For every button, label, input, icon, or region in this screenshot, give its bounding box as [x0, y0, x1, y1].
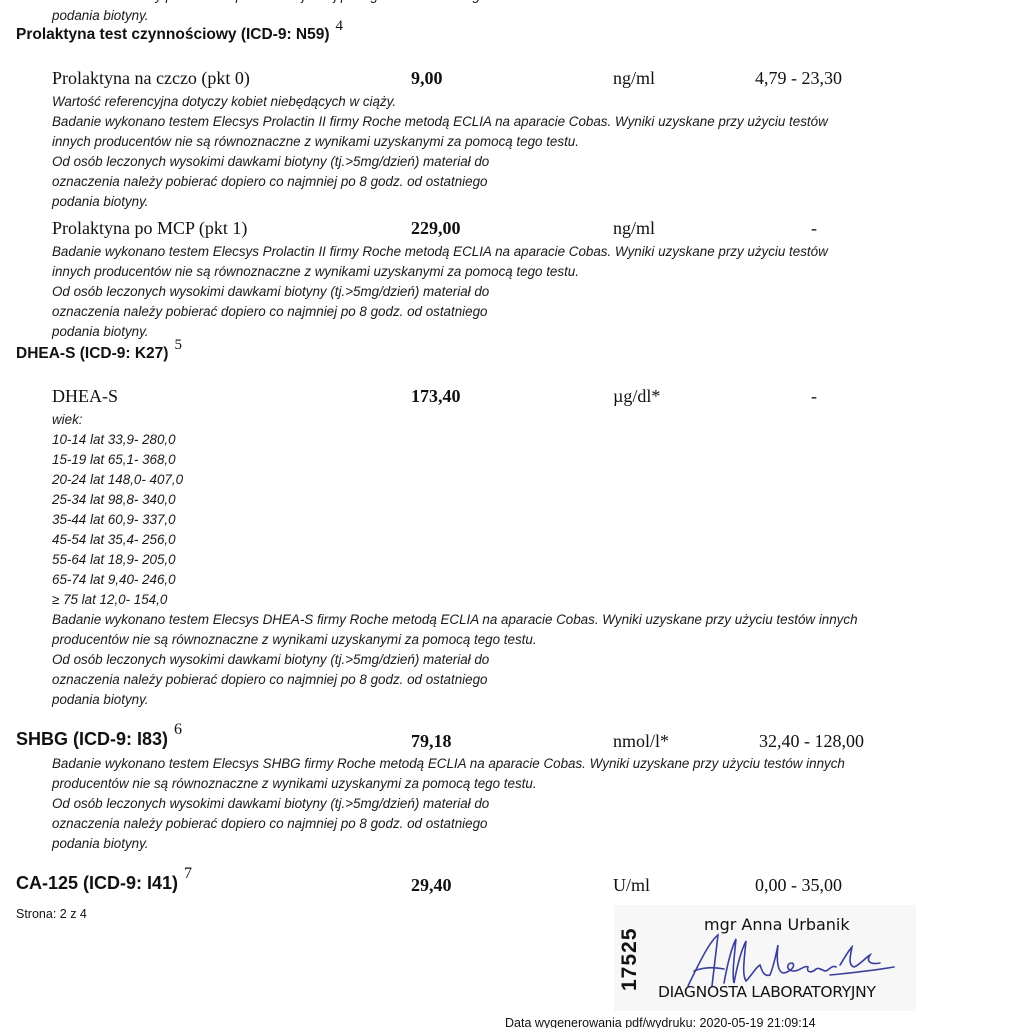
test-value: 29,40 [411, 875, 452, 896]
note-line: 20-24 lat 148,0- 407,0 [52, 470, 858, 490]
test-range: - [811, 218, 817, 239]
result-row-prolaktyna-mcp: Prolaktyna po MCP (pkt 1) 229,00 ng/ml - [0, 218, 1033, 240]
test-unit: nmol/l* [613, 731, 669, 752]
section-title-text: DHEA-S (ICD-9: K27) [16, 345, 168, 362]
notes-shbg: Badanie wykonano testem Elecsys SHBG fir… [52, 754, 845, 854]
note-line: podania biotyny. [52, 6, 488, 26]
section-title-text: SHBG (ICD-9: I83) [16, 729, 168, 749]
note-line: ≥ 75 lat 12,0- 154,0 [52, 590, 858, 610]
note-line: podania biotyny. [52, 834, 845, 854]
generated-date: Data wygenerowania pdf/wydruku: 2020-05-… [505, 1016, 816, 1028]
test-name: Prolaktyna po MCP (pkt 1) [52, 218, 247, 239]
lab-stamp: 17525 mgr Anna Urbanik DIAGNOSTA LABORAT… [614, 905, 916, 1011]
note-line: 45-54 lat 35,4- 256,0 [52, 530, 858, 550]
note-line: podania biotyny. [52, 322, 828, 342]
note-line: Od osób leczonych wysokimi dawkami bioty… [52, 152, 828, 172]
note-line: Badanie wykonano testem Elecsys Prolacti… [52, 112, 828, 132]
note-line: 65-74 lat 9,40- 246,0 [52, 570, 858, 590]
result-row-ca-125: CA-125 (ICD-9: I41)7 29,40 U/ml 0,00 - 3… [0, 870, 1033, 896]
test-value: 173,40 [411, 386, 461, 407]
note-line: Od osób leczonych wysokimi dawkami bioty… [52, 794, 845, 814]
note-line: 25-34 lat 98,8- 340,0 [52, 490, 858, 510]
note-line: oznaczenia należy pobierać dopiero co na… [52, 670, 858, 690]
note-line: producentów nie są równoznaczne z wynika… [52, 774, 845, 794]
result-row-prolaktyna-czczo: Prolaktyna na czczo (pkt 0) 9,00 ng/ml 4… [0, 68, 1033, 90]
note-line: oznaczenia należy pobierać dopiero co na… [52, 302, 828, 322]
note-line: podania biotyny. [52, 192, 828, 212]
test-unit: µg/dl* [613, 386, 660, 407]
section-title-prolaktyna: Prolaktyna test czynnościowy (ICD-9: N59… [16, 26, 343, 44]
stamp-id-number: 17525 [618, 928, 642, 991]
note-line: 10-14 lat 33,9- 280,0 [52, 430, 858, 450]
notes-prolaktyna-mcp: Badanie wykonano testem Elecsys Prolacti… [52, 242, 828, 342]
note-line: wiek: [52, 410, 858, 430]
section-title-text: CA-125 (ICD-9: I41) [16, 873, 178, 893]
notes-prolaktyna-czczo: Wartość referencyjna dotyczy kobiet nieb… [52, 92, 828, 212]
test-unit: ng/ml [613, 68, 655, 89]
test-range: - [811, 386, 817, 407]
note-line: Badanie wykonano testem Elecsys DHEA-S f… [52, 610, 858, 630]
note-line: Wartość referencyjna dotyczy kobiet nieb… [52, 92, 828, 112]
test-value: 229,00 [411, 218, 461, 239]
note-line: Od osób leczonych wysokimi dawkami bioty… [52, 650, 858, 670]
note-line: 15-19 lat 65,1- 368,0 [52, 450, 858, 470]
test-name: Prolaktyna na czczo (pkt 0) [52, 68, 250, 89]
note-line: innych producentów nie są równoznaczne z… [52, 132, 828, 152]
note-line: podania biotyny. [52, 690, 858, 710]
result-row-shbg: SHBG (ICD-9: I83)6 79,18 nmol/l* 32,40 -… [0, 728, 1033, 754]
section-title-dhea-s: DHEA-S (ICD-9: K27)5 [16, 345, 182, 363]
note-line: Badanie wykonano testem Elecsys SHBG fir… [52, 754, 845, 774]
note-line: producentów nie są równoznaczne z wynika… [52, 630, 858, 650]
stamp-role: DIAGNOSTA LABORATORYJNY [658, 983, 876, 1001]
test-value: 9,00 [411, 68, 443, 89]
note-line: 35-44 lat 60,9- 337,0 [52, 510, 858, 530]
note-line: oznaczenia należy pobierać dopiero co na… [52, 814, 845, 834]
section-title-shbg: SHBG (ICD-9: I83)6 [16, 729, 182, 750]
result-row-dhea-s: DHEA-S 173,40 µg/dl* - [0, 386, 1033, 408]
clipped-note-top: oznaczenia należy pobierać dopiero co na… [52, 0, 488, 26]
test-range: 0,00 - 35,00 [755, 875, 842, 896]
note-line: innych producentów nie są równoznaczne z… [52, 262, 828, 282]
test-range: 4,79 - 23,30 [755, 68, 842, 89]
note-line: Od osób leczonych wysokimi dawkami bioty… [52, 282, 828, 302]
note-line: Badanie wykonano testem Elecsys Prolacti… [52, 242, 828, 262]
footnote-marker: 6 [174, 721, 182, 738]
section-title-text: Prolaktyna test czynnościowy (ICD-9: N59… [16, 26, 330, 43]
note-line: oznaczenia należy pobierać dopiero co na… [52, 172, 828, 192]
test-unit: ng/ml [613, 218, 655, 239]
note-line: 55-64 lat 18,9- 205,0 [52, 550, 858, 570]
footnote-marker: 4 [336, 18, 344, 34]
test-unit: U/ml [613, 875, 650, 896]
test-range: 32,40 - 128,00 [759, 731, 864, 752]
notes-dhea-s: wiek: 10-14 lat 33,9- 280,0 15-19 lat 65… [52, 410, 858, 710]
test-value: 79,18 [411, 731, 452, 752]
section-title-ca-125: CA-125 (ICD-9: I41)7 [16, 873, 192, 894]
test-name: DHEA-S [52, 386, 118, 407]
signature-icon [680, 931, 900, 991]
footnote-marker: 5 [174, 337, 182, 353]
footnote-marker: 7 [184, 865, 192, 882]
page-number: Strona: 2 z 4 [16, 907, 87, 921]
